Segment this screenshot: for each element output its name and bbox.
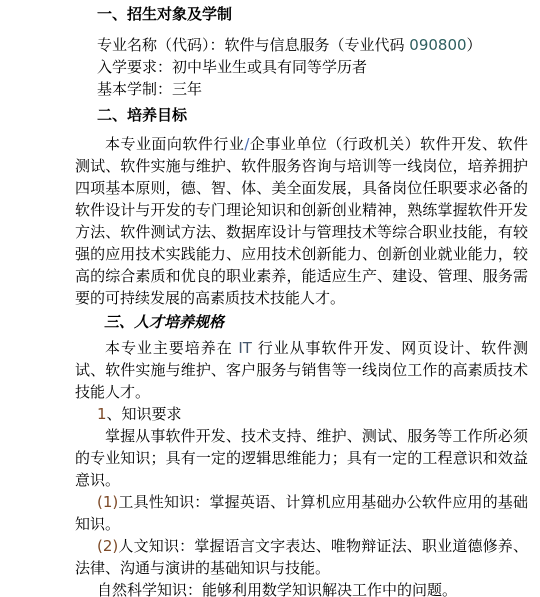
- list-number: (1): [97, 493, 118, 511]
- tool-knowledge-item: (1)工具性知识：掌握英语、计算机应用基础办公软件应用的基础知识。: [75, 491, 528, 535]
- list-number: 1: [97, 405, 107, 423]
- objectives-text-start: 本专业面向软件行业: [105, 135, 244, 153]
- training-objectives-paragraph: 本专业面向软件行业/企事业单位（行政机关）软件开发、软件测试、软件实施与维护、软…: [75, 133, 528, 309]
- section-heading-talent-specifications: 三、人才培养规格: [104, 314, 528, 330]
- objectives-text-rest: 企事业单位（行政机关）软件开发、软件测试、软件实施与维护、软件服务咨询与培训等一…: [75, 135, 528, 307]
- schooling-duration-line: 基本学制：三年: [97, 78, 528, 100]
- entry-requirement-line: 入学要求：初中毕业生或具有同等学历者: [97, 56, 528, 78]
- document-page: 一、招生对象及学制 专业名称（代码）：软件与信息服务（专业代码 090800） …: [0, 0, 540, 597]
- talent-intro-start: 本专业主要培养在: [105, 339, 238, 357]
- humanities-knowledge-text: 人文知识：掌握语言文字表达、唯物辩证法、职业道德修养、法律、沟通与演讲的基础知识…: [75, 537, 528, 577]
- major-name-text: 专业名称（代码）：软件与信息服务（专业代码: [97, 36, 409, 54]
- section-heading-training-objectives: 二、培养目标: [97, 107, 528, 123]
- it-abbreviation: IT: [238, 339, 252, 357]
- knowledge-requirement-paragraph: 掌握从事软件开发、技术支持、维护、测试、服务等工作所必须的专业知识；具有一定的逻…: [75, 425, 528, 491]
- natural-science-line: 自然科学知识：能够利用数学知识解决工作中的问题。: [75, 579, 528, 597]
- major-name-line: 专业名称（代码）：软件与信息服务（专业代码 090800）: [97, 34, 528, 56]
- tool-knowledge-text: 工具性知识：掌握英语、计算机应用基础办公软件应用的基础知识。: [75, 493, 528, 533]
- major-name-suffix: ）: [467, 36, 482, 54]
- major-code-number: 090800: [409, 36, 466, 54]
- talent-intro-paragraph: 本专业主要培养在 IT 行业从事软件开发、网页设计、软件测试、软件实施与维护、客…: [75, 337, 528, 403]
- list-number: (2): [97, 537, 118, 555]
- humanities-knowledge-item: (2)人文知识：掌握语言文字表达、唯物辩证法、职业道德修养、法律、沟通与演讲的基…: [75, 535, 528, 579]
- knowledge-requirement-title: 1、知识要求: [75, 403, 528, 425]
- section-heading-admission: 一、招生对象及学制: [97, 6, 528, 22]
- knowledge-requirement-title-text: 、知识要求: [107, 405, 182, 423]
